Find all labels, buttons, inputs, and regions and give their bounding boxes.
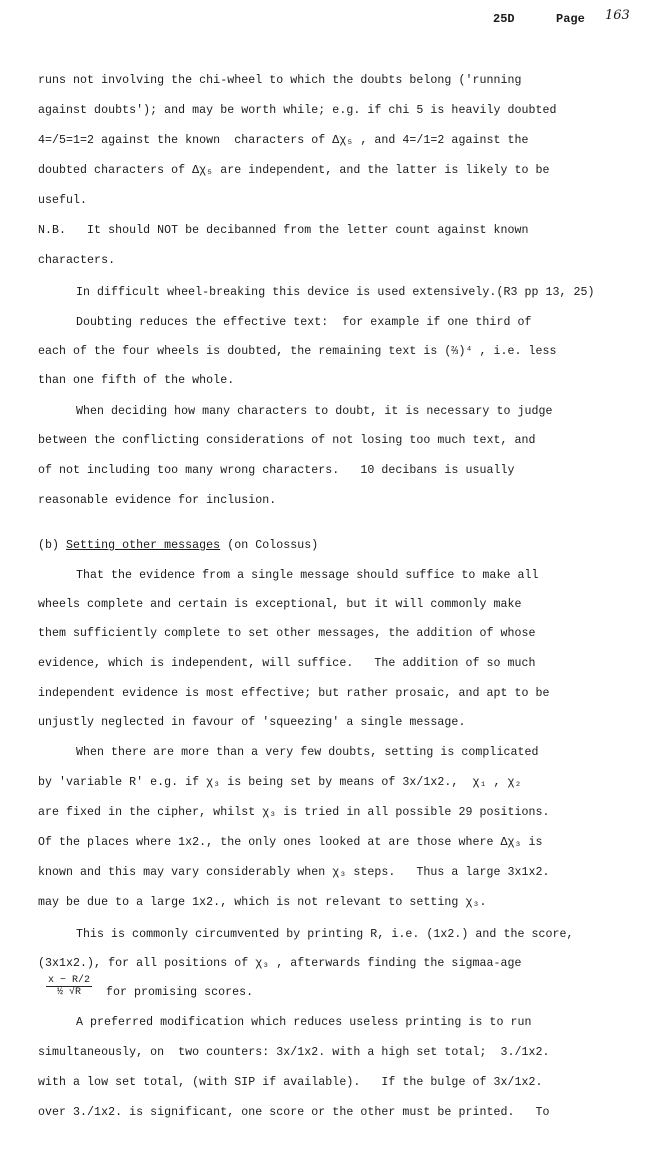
document-code: 25D [493, 12, 515, 26]
text-line: When there are more than a very few doub… [76, 746, 539, 759]
text-line: Of the places where 1x2., the only ones … [38, 836, 543, 849]
text-line: are fixed in the cipher, whilst χ₃ is tr… [38, 806, 550, 819]
nb-note: N.B. It should NOT be decibanned from th… [38, 224, 529, 237]
text-line: them sufficiently complete to set other … [38, 627, 536, 640]
text-line: known and this may vary considerably whe… [38, 866, 550, 879]
text-line: That the evidence from a single message … [76, 569, 539, 582]
text-line: independent evidence is most effective; … [38, 687, 550, 700]
text-line: may be due to a large 1x2., which is not… [38, 896, 486, 909]
text-line: Doubting reduces the effective text: for… [76, 316, 531, 329]
text-line: A preferred modification which reduces u… [76, 1016, 531, 1029]
page-number: 163 [605, 8, 630, 23]
text-line: In difficult wheel-breaking this device … [76, 286, 595, 299]
text-line: against doubts'); and may be worth while… [38, 104, 557, 117]
text-line: for promising scores. [106, 986, 253, 999]
text-line: of not including too many wrong characte… [38, 464, 515, 477]
text-line: This is commonly circumvented by printin… [76, 928, 574, 941]
sigmaage-formula: x − R/2 ½ √R [46, 975, 92, 998]
text-line: When deciding how many characters to dou… [76, 405, 553, 418]
section-heading: (b) Setting other messages (on Colossus) [38, 539, 318, 552]
page-label: Page [556, 12, 585, 26]
section-title: Setting other messages [66, 539, 220, 552]
text-line: simultaneously, on two counters: 3x/1x2.… [38, 1046, 550, 1059]
text-line: wheels complete and certain is exception… [38, 598, 522, 611]
formula-denominator: ½ √R [46, 987, 92, 998]
text-line: runs not involving the chi-wheel to whic… [38, 74, 522, 87]
text-line: between the conflicting considerations o… [38, 434, 536, 447]
text-line: with a low set total, (with SIP if avail… [38, 1076, 543, 1089]
text-line: unjustly neglected in favour of 'squeezi… [38, 716, 465, 729]
document-page: 25D Page 163 runs not involving the chi-… [0, 0, 650, 1163]
text-line: by 'variable R' e.g. if χ₃ is being set … [38, 776, 522, 789]
text-line: doubted characters of Δχ₅ are independen… [38, 164, 550, 177]
text-line: (3x1x2.), for all positions of χ₃ , afte… [38, 957, 522, 970]
text-line: over 3./1x2. is significant, one score o… [38, 1106, 550, 1119]
text-line: than one fifth of the whole. [38, 374, 234, 387]
section-suffix: (on Colossus) [227, 539, 318, 552]
text-line: characters. [38, 254, 115, 267]
section-marker: (b) [38, 539, 66, 552]
text-line: 4=/5=1=2 against the known characters of… [38, 134, 529, 147]
text-line: each of the four wheels is doubted, the … [38, 345, 557, 358]
formula-numerator: x − R/2 [46, 975, 92, 987]
text-line: evidence, which is independent, will suf… [38, 657, 536, 670]
text-line: useful. [38, 194, 87, 207]
text-line: reasonable evidence for inclusion. [38, 494, 276, 507]
